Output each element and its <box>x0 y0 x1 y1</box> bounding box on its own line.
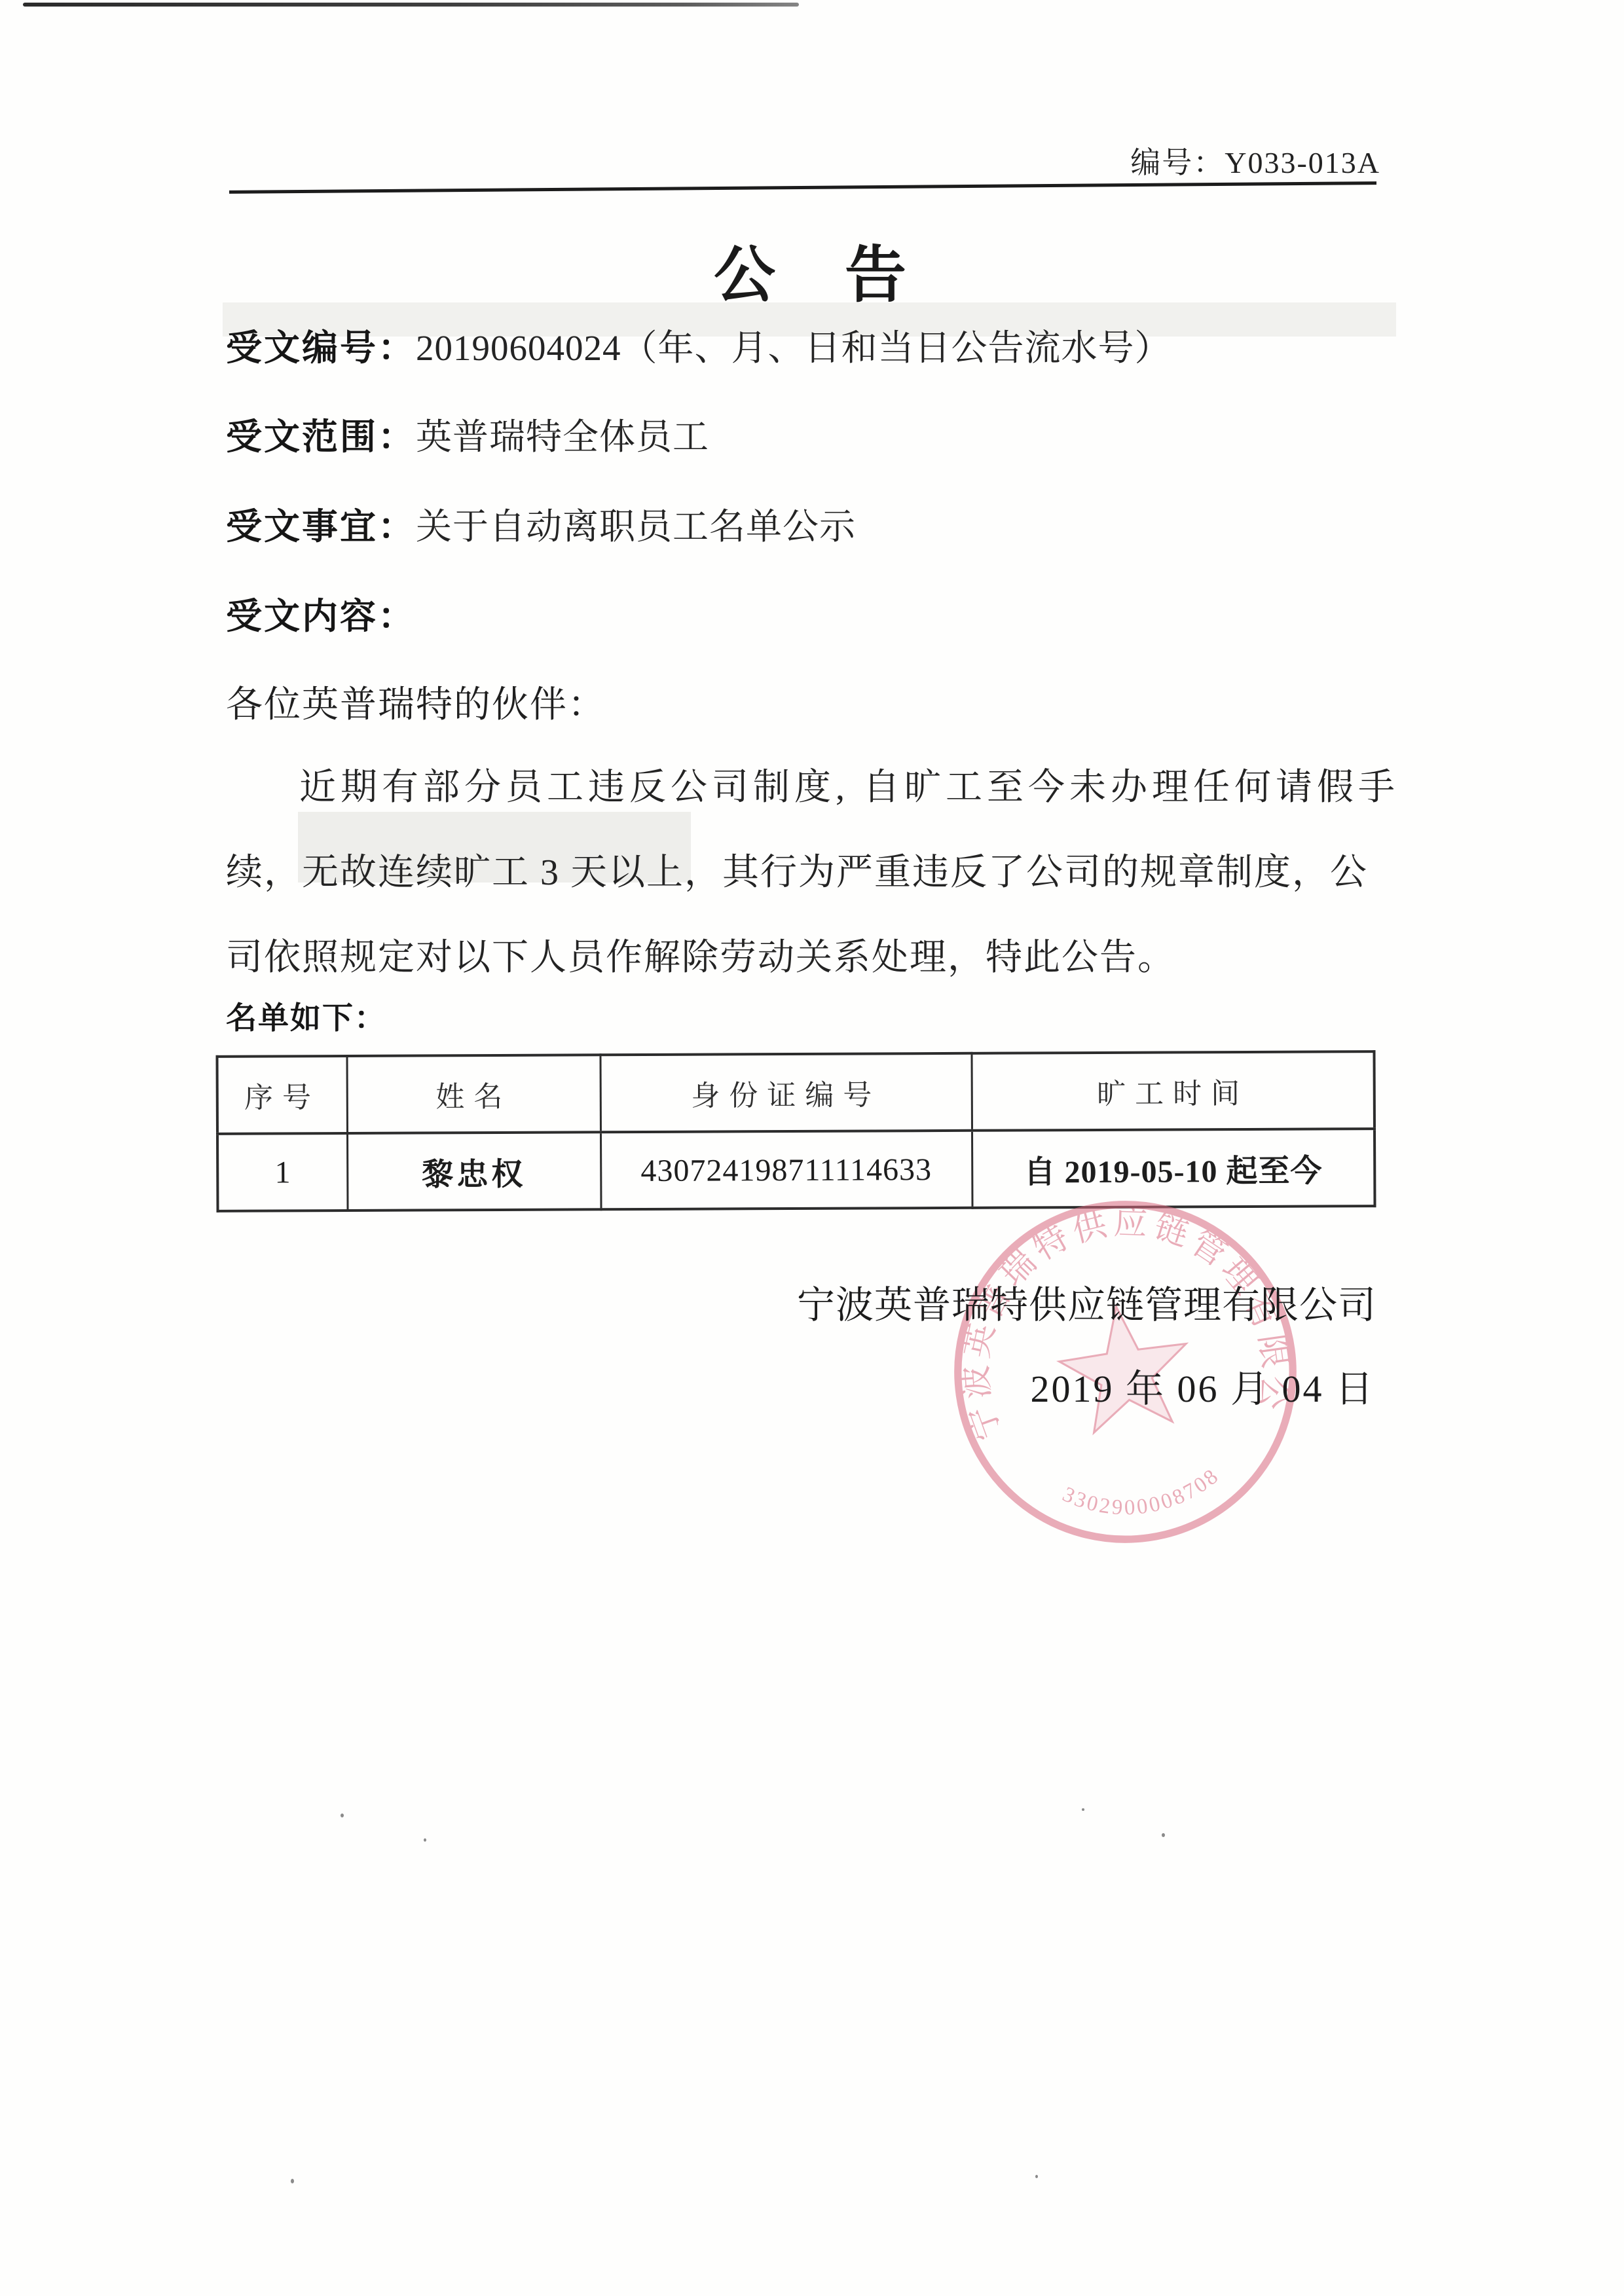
paragraph-line: 近期有部分员工违反公司制度, 自旷工至今未办理任何请假手 <box>226 758 1377 811</box>
header-cell-id-number: 身份证编号 <box>600 1053 972 1132</box>
header-divider-line <box>229 181 1376 194</box>
scan-edge-artifact <box>23 3 799 7</box>
paragraph-line: 续，无故连续旷工 3 天以上，其行为严重违反了公司的规章制度，公 <box>226 843 1377 896</box>
header-cell-absence-period: 旷工时间 <box>971 1051 1375 1131</box>
scan-speck <box>424 1838 426 1842</box>
meta-value: 英普瑞特全体员工 <box>416 417 709 457</box>
roster-list-label: 名单如下： <box>226 994 386 1038</box>
cell-index: 1 <box>217 1133 348 1211</box>
scan-speck <box>1082 1808 1084 1811</box>
meta-label: 受文编号： <box>226 328 416 368</box>
table-header-row: 序号 姓名 身份证编号 旷工时间 <box>217 1051 1374 1134</box>
meta-label: 受文范围： <box>226 417 416 457</box>
page-title: 公 告 <box>0 225 1624 314</box>
meta-line-doc-id: 受文编号：20190604024（年、月、日和当日公告流水号） <box>226 327 1172 369</box>
paragraph-line: 司依照规定对以下人员作解除劳动关系处理，特此公告。 <box>226 928 1377 981</box>
meta-line-content: 受文内容： <box>226 596 416 637</box>
scan-speck <box>1162 1833 1165 1837</box>
meta-line-subject: 受文事宜：关于自动离职员工名单公示 <box>226 506 856 547</box>
meta-label: 受文事宜： <box>226 507 416 547</box>
meta-line-scope: 受文范围：英普瑞特全体员工 <box>226 416 709 458</box>
cell-id-number: 430724198711114633 <box>600 1131 972 1209</box>
meta-label: 受文内容： <box>226 596 416 636</box>
header-cell-name: 姓名 <box>346 1055 600 1133</box>
document-number: 编号：Y033-013A <box>1130 139 1380 182</box>
salutation-text: 各位英普瑞特的伙伴： <box>226 676 606 728</box>
meta-value: 关于自动离职员工名单公示 <box>416 507 856 547</box>
cell-name: 黎忠权 <box>347 1132 601 1211</box>
scan-speck <box>291 2179 294 2183</box>
signature-date: 2019 年 06 月 04 日 <box>1030 1358 1375 1413</box>
scanned-announcement-page: 编号：Y033-013A 公 告 受文编号：20190604024（年、月、日和… <box>0 0 1624 2296</box>
scan-speck <box>1035 2175 1038 2178</box>
signature-company-name: 宁波英普瑞特供应链管理有限公司 <box>797 1274 1376 1329</box>
scan-speck <box>341 1813 344 1817</box>
meta-value: 20190604024（年、月、日和当日公告流水号） <box>416 328 1172 368</box>
header-cell-index: 序号 <box>217 1056 347 1134</box>
